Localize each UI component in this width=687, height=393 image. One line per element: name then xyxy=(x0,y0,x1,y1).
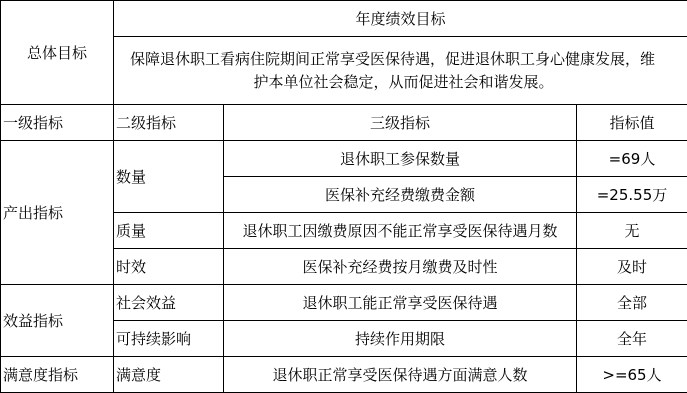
level2-timeliness: 时效 xyxy=(114,249,224,285)
header-level1: 一级指标 xyxy=(1,105,114,141)
level1-benefit: 效益指标 xyxy=(1,285,114,357)
value-cell: 无 xyxy=(577,213,687,249)
header-level2: 二级指标 xyxy=(114,105,224,141)
level3-cell: 医保补充经费按月缴费及时性 xyxy=(224,249,577,285)
level1-satisfaction: 满意度指标 xyxy=(1,357,114,393)
table-row: 效益指标 社会效益 退休职工能正常享受医保待遇 全部 xyxy=(1,285,687,321)
value-cell: =25.55万 xyxy=(577,177,687,213)
annual-goal-text: 保障退休职工看病住院期间正常享受医保待遇，促进退休职工身心健康发展，维 护本单位… xyxy=(114,37,687,105)
header-value: 指标值 xyxy=(577,105,687,141)
level3-cell: 退休职工因缴费原因不能正常享受医保待遇月数 xyxy=(224,213,577,249)
level2-quantity: 数量 xyxy=(114,141,224,213)
header-row: 一级指标 二级指标 三级指标 指标值 xyxy=(1,105,687,141)
header-level3: 三级指标 xyxy=(224,105,577,141)
level3-cell: 退休职工参保数量 xyxy=(224,141,577,177)
value-cell: 全部 xyxy=(577,285,687,321)
performance-goals-table: 总体目标 年度绩效目标 保障退休职工看病住院期间正常享受医保待遇，促进退休职工身… xyxy=(0,0,687,393)
annual-goal-line-1: 保障退休职工看病住院期间正常享受医保待遇，促进退休职工身心健康发展，维 xyxy=(130,48,677,71)
value-cell: 全年 xyxy=(577,321,687,357)
table-row: 满意度指标 满意度 退休职正常享受医保待遇方面满意人数 >=65人 xyxy=(1,357,687,393)
level3-cell: 退休职正常享受医保待遇方面满意人数 xyxy=(224,357,577,393)
level2-sustainability: 可持续影响 xyxy=(114,321,224,357)
value-cell: =69人 xyxy=(577,141,687,177)
annual-goal-line-2: 护本单位社会稳定，从而促进社会和谐发展。 xyxy=(130,71,677,94)
value-cell: 及时 xyxy=(577,249,687,285)
annual-goal-header: 年度绩效目标 xyxy=(114,1,687,37)
overall-goal-label: 总体目标 xyxy=(1,1,114,105)
level1-output: 产出指标 xyxy=(1,141,114,285)
table-row: 产出指标 数量 退休职工参保数量 =69人 xyxy=(1,141,687,177)
value-cell: >=65人 xyxy=(577,357,687,393)
level3-cell: 退休职工能正常享受医保待遇 xyxy=(224,285,577,321)
level3-cell: 持续作用期限 xyxy=(224,321,577,357)
level2-quality: 质量 xyxy=(114,213,224,249)
level2-satisfaction: 满意度 xyxy=(114,357,224,393)
level2-social-benefit: 社会效益 xyxy=(114,285,224,321)
level3-cell: 医保补充经费缴费金额 xyxy=(224,177,577,213)
